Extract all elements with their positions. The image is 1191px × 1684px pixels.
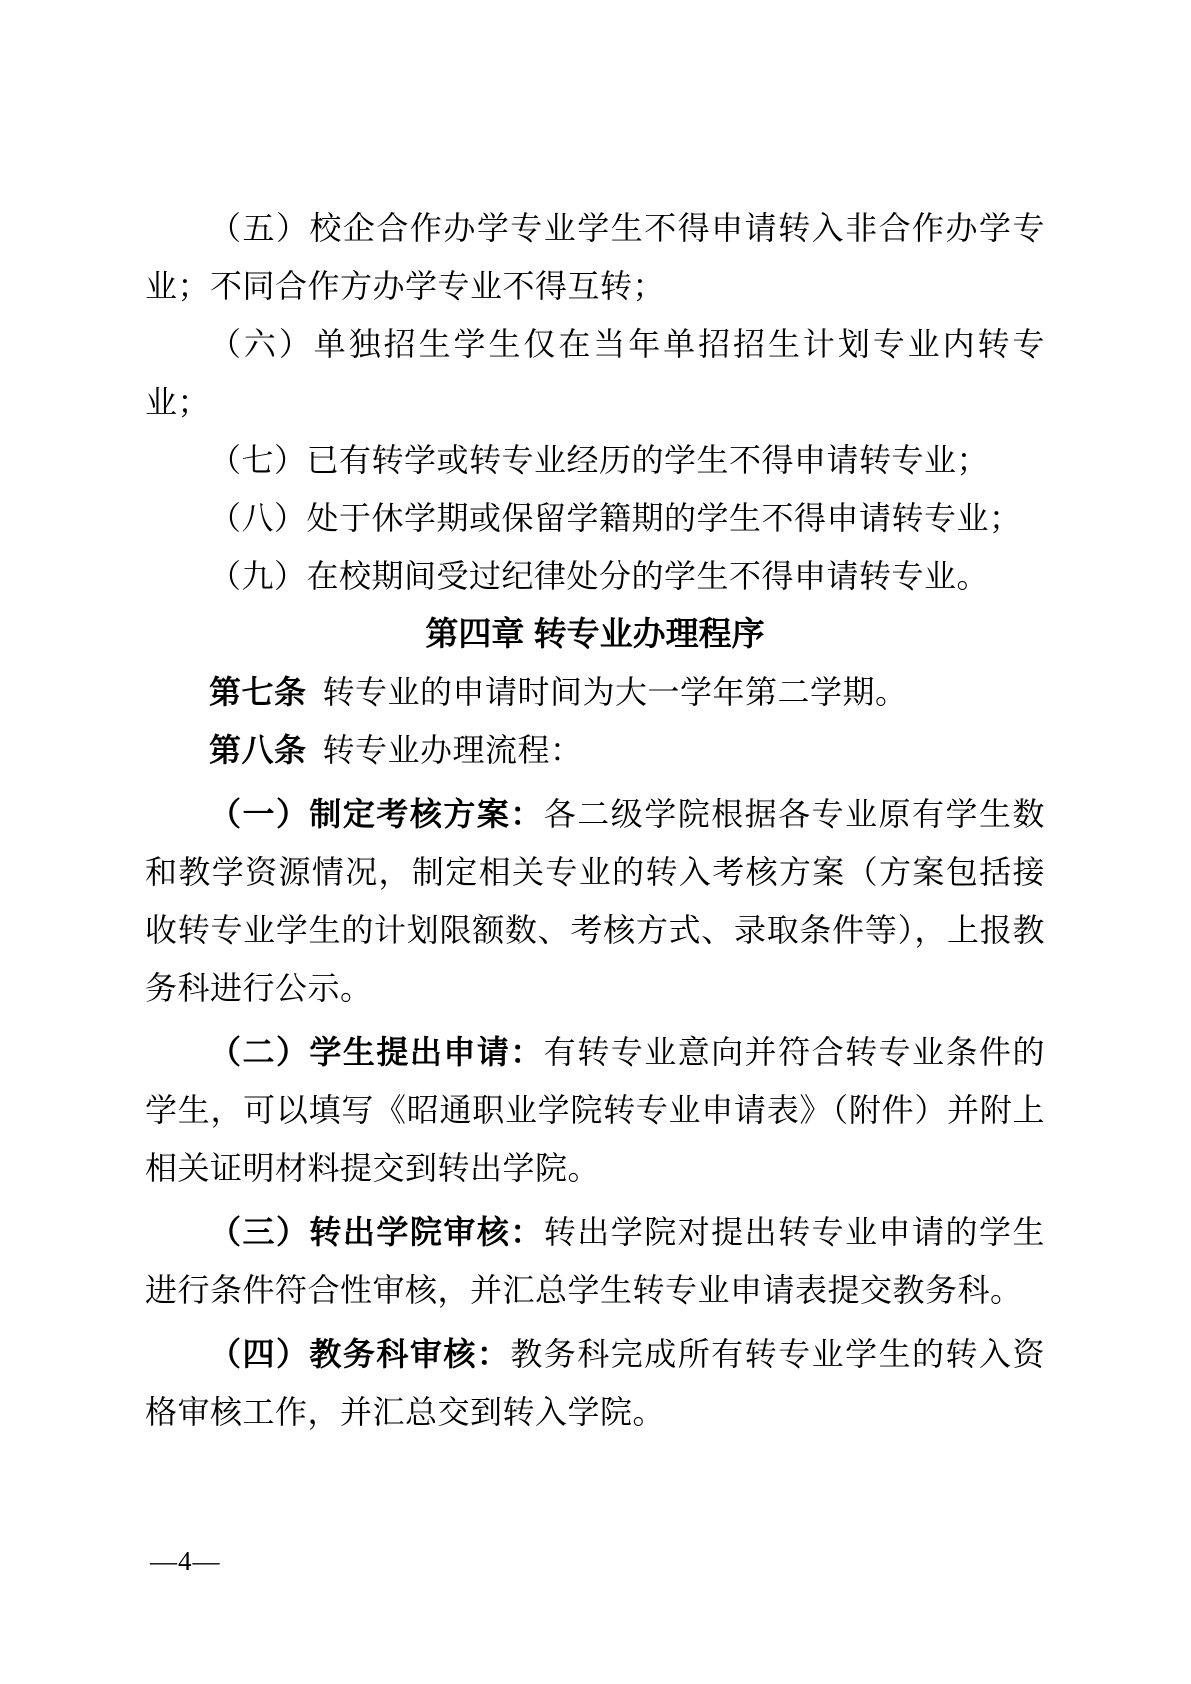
clause-7: （七）已有转学或转专业经历的学生不得申请转专业； (145, 431, 1045, 489)
procedure-step-4-label: （四）教务科审核： (209, 1336, 510, 1372)
procedure-step-1-label: （一）制定考核方案： (209, 796, 544, 832)
article-8-label: 第八条 (209, 732, 307, 768)
article-7: 第七条转专业的申请时间为大一学年第二学期。 (145, 663, 1045, 721)
chapter-heading: 第四章 转专业办理程序 (145, 605, 1045, 663)
page-number: —4— (150, 1545, 221, 1577)
document-body: （五）校企合作办学专业学生不得申请转入非合作办学专业；不同合作方办学专业不得互转… (145, 199, 1045, 1441)
clause-6: （六）单独招生学生仅在当年单招招生计划专业内转专业； (145, 315, 1045, 431)
article-7-text: 转专业的申请时间为大一学年第二学期。 (323, 674, 908, 710)
article-8: 第八条转专业办理流程： (145, 721, 1045, 779)
clause-8: （八）处于休学期或保留学籍期的学生不得申请转专业； (145, 489, 1045, 547)
procedure-step-2-label: （二）学生提出申请： (209, 1034, 544, 1070)
document-page: （五）校企合作办学专业学生不得申请转入非合作办学专业；不同合作方办学专业不得互转… (0, 0, 1191, 1684)
procedure-step-4: （四）教务科审核：教务科完成所有转专业学生的转入资格审核工作，并汇总交到转入学院… (145, 1325, 1045, 1441)
procedure-step-3: （三）转出学院审核：转出学院对提出转专业申请的学生进行条件符合性审核，并汇总学生… (145, 1203, 1045, 1319)
procedure-step-3-label: （三）转出学院审核： (209, 1214, 544, 1250)
clause-5: （五）校企合作办学专业学生不得申请转入非合作办学专业；不同合作方办学专业不得互转… (145, 199, 1045, 315)
article-8-text: 转专业办理流程： (323, 732, 583, 768)
clause-9: （九）在校期间受过纪律处分的学生不得申请转专业。 (145, 547, 1045, 605)
procedure-step-2: （二）学生提出申请：有转专业意向并符合转专业条件的学生，可以填写《昭通职业学院转… (145, 1023, 1045, 1197)
article-7-label: 第七条 (209, 674, 307, 710)
procedure-step-1: （一）制定考核方案：各二级学院根据各专业原有学生数和教学资源情况，制定相关专业的… (145, 785, 1045, 1017)
